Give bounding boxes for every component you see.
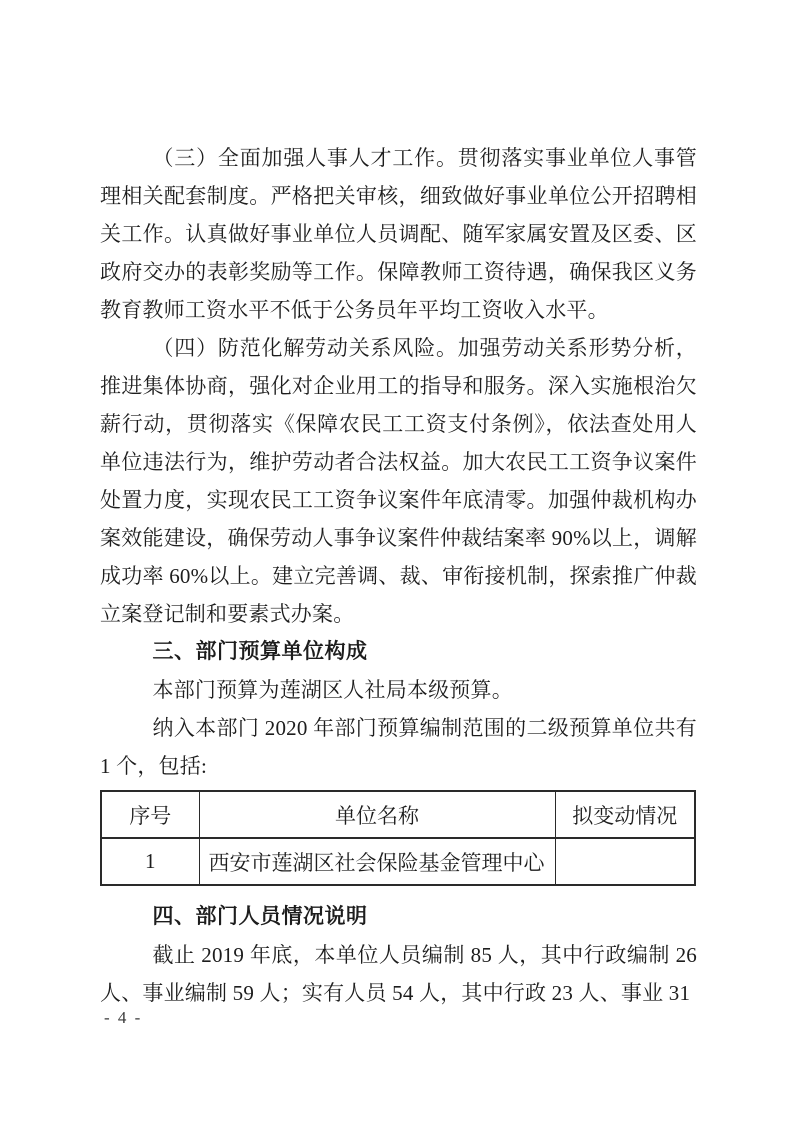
heading-budget-units: 三、部门预算单位构成: [100, 633, 697, 671]
table-header-unit-name: 单位名称: [199, 791, 555, 838]
table-row: 1 西安市莲湖区社会保险基金管理中心: [101, 838, 695, 885]
heading-personnel: 四、部门人员情况说明: [100, 898, 697, 936]
document-body: （三）全面加强人事人才工作。贯彻落实事业单位人事管理相关配套制度。严格把关审核，…: [100, 139, 697, 1012]
paragraph-budget-scope: 纳入本部门 2020 年部门预算编制范围的二级预算单位共有 1 个，包括:: [100, 709, 697, 785]
paragraph-personnel: 截止 2019 年底，本单位人员编制 85 人，其中行政编制 26 人、事业编制…: [100, 936, 697, 1012]
paragraph-section-4: （四）防范化解劳动关系风险。加强劳动关系形势分析，推进集体协商，强化对企业用工的…: [100, 329, 697, 633]
table-header-index: 序号: [101, 791, 199, 838]
table-cell-planned-change: [555, 838, 695, 885]
paragraph-budget-level: 本部门预算为莲湖区人社局本级预算。: [100, 671, 697, 709]
page-number: - 4 -: [104, 1008, 142, 1028]
table-header-planned-change: 拟变动情况: [555, 791, 695, 838]
table-cell-index: 1: [101, 838, 199, 885]
table-header-row: 序号 单位名称 拟变动情况: [101, 791, 695, 838]
paragraph-section-3: （三）全面加强人事人才工作。贯彻落实事业单位人事管理相关配套制度。严格把关审核，…: [100, 139, 697, 329]
budget-units-table: 序号 单位名称 拟变动情况 1 西安市莲湖区社会保险基金管理中心: [100, 790, 696, 886]
table-cell-unit-name: 西安市莲湖区社会保险基金管理中心: [199, 838, 555, 885]
document-page: （三）全面加强人事人才工作。贯彻落实事业单位人事管理相关配套制度。严格把关审核，…: [0, 0, 793, 1122]
